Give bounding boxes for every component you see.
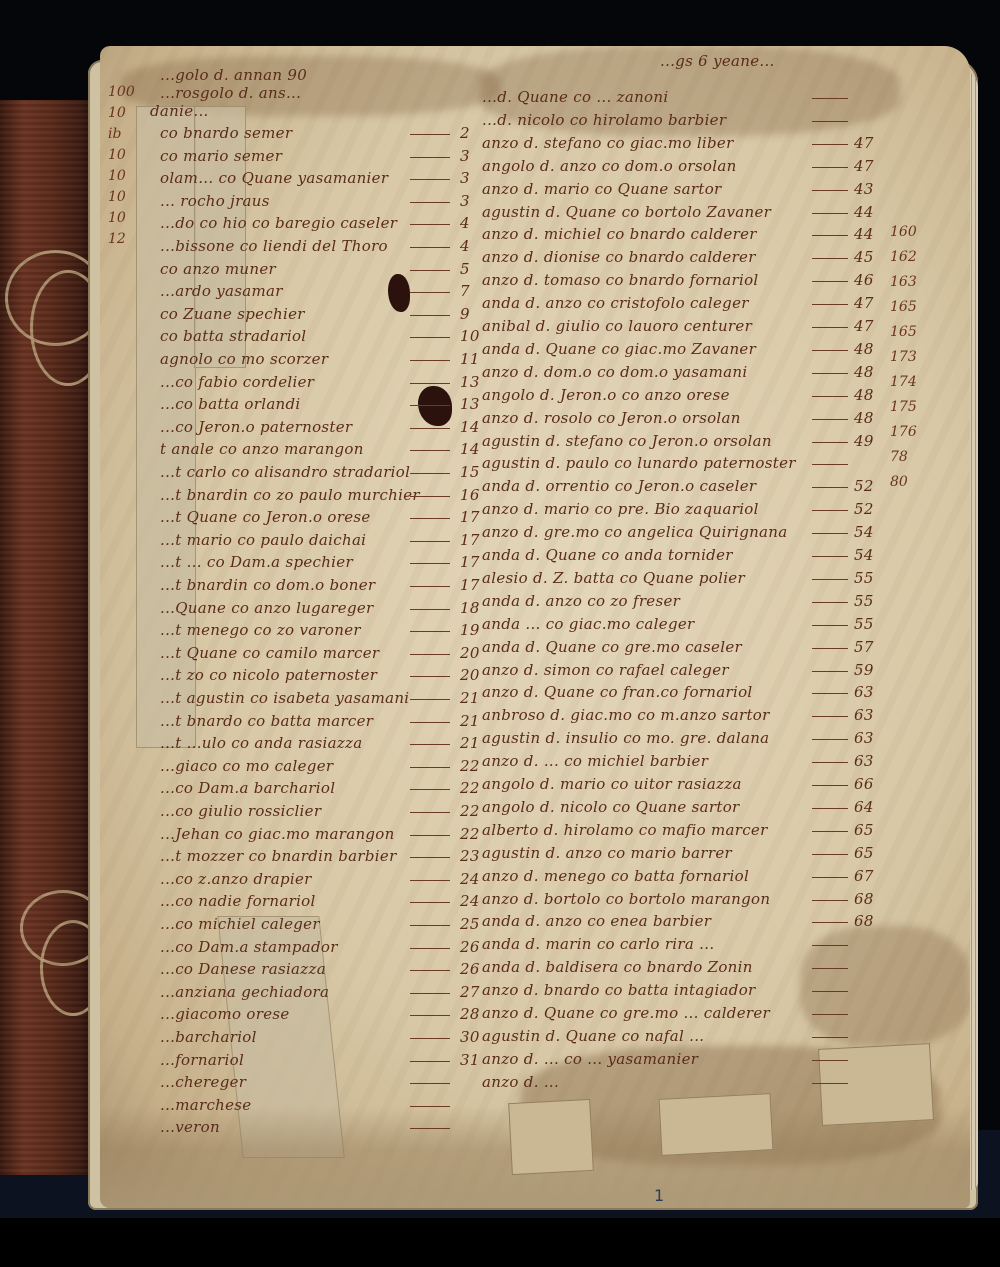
- entry-number: 67: [854, 867, 874, 885]
- entry-number: 63: [854, 752, 874, 770]
- entry-text: anda d. Quane co gre.mo caseler: [482, 638, 742, 656]
- ledger-entry: agustin d. insulio co mo. gre. dalana63: [482, 729, 769, 747]
- ledger-entry: ...t ...ulo co anda rasiazza21: [160, 734, 362, 752]
- entry-number: 44: [854, 203, 874, 221]
- entry-leader-line: [410, 518, 450, 519]
- ledger-entry: anbroso d. giac.mo co m.anzo sartor63: [482, 706, 770, 724]
- entry-number: 48: [854, 363, 874, 381]
- entry-text: anzo d. rosolo co Jeron.o orsolan: [482, 409, 741, 427]
- ledger-entry: t anale co anzo marangon14: [160, 440, 364, 458]
- entry-number: 7: [460, 282, 470, 300]
- entry-leader-line: [410, 292, 450, 293]
- margin-number: 173: [890, 349, 917, 365]
- entry-leader-line: [812, 716, 848, 717]
- entry-leader-line: [410, 857, 450, 858]
- entry-text: ...co giulio rossiclier: [160, 802, 321, 820]
- entry-leader-line: [410, 473, 450, 474]
- entry-leader-line: [812, 671, 848, 672]
- ledger-entry: olam... co Quane yasamanier3: [160, 169, 388, 187]
- ledger-entry: anzo d. michiel co bnardo calderer44: [482, 225, 757, 243]
- ledger-entry: anzo d. rosolo co Jeron.o orsolan48: [482, 409, 741, 427]
- ledger-entry: ...t bnardo co batta marcer21: [160, 712, 373, 730]
- manuscript-page: ...golo d. annan 90 ...rosgolo d. ans...…: [100, 46, 970, 1208]
- ledger-entry: anzo d. Quane co fran.co fornariol63: [482, 683, 753, 701]
- entry-text: co batta stradariol: [160, 327, 306, 345]
- torn-fragment: [508, 1099, 594, 1175]
- ledger-entry: ...co z.anzo drapier24: [160, 870, 312, 888]
- entry-number: 30: [460, 1028, 480, 1046]
- entry-number: 26: [460, 938, 480, 956]
- ledger-entry: ...d. Quane co ... zanoni: [482, 88, 668, 106]
- entry-number: 65: [854, 821, 874, 839]
- entry-text: anda d. anzo co enea barbier: [482, 912, 711, 930]
- ledger-entry: ...t bnardin co zo paulo murchier16: [160, 486, 420, 504]
- entry-text: ...d. Quane co ... zanoni: [482, 88, 668, 106]
- entry-leader-line: [410, 835, 450, 836]
- entry-text: co anzo muner: [160, 260, 276, 278]
- entry-number: 22: [460, 779, 480, 797]
- entry-number: 63: [854, 729, 874, 747]
- entry-leader-line: [812, 579, 848, 580]
- ledger-entry: ...t mozzer co bnardin barbier23: [160, 847, 397, 865]
- entry-text: ...barchariol: [160, 1028, 257, 1046]
- entry-text: co Zuane spechier: [160, 305, 305, 323]
- entry-number: 18: [460, 599, 480, 617]
- ledger-entry: anzo d. dionise co bnardo calderer45: [482, 248, 756, 266]
- entry-text: anda d. Quane co giac.mo Zavaner: [482, 340, 756, 358]
- entry-leader-line: [410, 812, 450, 813]
- entry-number: 23: [460, 847, 480, 865]
- margin-number: 175: [890, 399, 917, 415]
- entry-number: 3: [460, 192, 470, 210]
- entry-leader-line: [812, 213, 848, 214]
- ledger-entry: anda d. orrentio co Jeron.o caseler52: [482, 477, 756, 495]
- entry-text: ...co Dam.a stampador: [160, 938, 338, 956]
- margin-number: 10: [108, 210, 126, 226]
- entry-text: anzo d. ...: [482, 1073, 559, 1091]
- entry-leader-line: [812, 1060, 848, 1061]
- fragment-line: ...rosgolo d. ans...: [160, 84, 301, 102]
- entry-number: 54: [854, 546, 874, 564]
- entry-number: 17: [460, 553, 480, 571]
- entry-text: ...giacomo orese: [160, 1005, 290, 1023]
- entry-leader-line: [812, 648, 848, 649]
- ledger-entry: ...anziana gechiadora27: [160, 983, 329, 1001]
- entry-text: anibal d. giulio co lauoro centurer: [482, 317, 752, 335]
- entry-number: 47: [854, 317, 874, 335]
- entry-leader-line: [812, 1037, 848, 1038]
- entry-text: angolo d. nicolo co Quane sartor: [482, 798, 740, 816]
- entry-leader-line: [410, 993, 450, 994]
- entry-leader-line: [812, 1083, 848, 1084]
- entry-leader-line: [410, 1128, 450, 1129]
- entry-text: alesio d. Z. batta co Quane polier: [482, 569, 745, 587]
- entry-number: 46: [854, 271, 874, 289]
- entry-leader-line: [410, 450, 450, 451]
- entry-leader-line: [410, 880, 450, 881]
- entry-text: anda d. orrentio co Jeron.o caseler: [482, 477, 756, 495]
- margin-number: 163: [890, 274, 917, 290]
- entry-number: 15: [460, 463, 480, 481]
- entry-number: 22: [460, 757, 480, 775]
- entry-text: anzo d. michiel co bnardo calderer: [482, 225, 757, 243]
- entry-text: ...anziana gechiadora: [160, 983, 329, 1001]
- ledger-entry: agustin d. Quane co bortolo Zavaner44: [482, 203, 771, 221]
- entry-leader-line: [812, 785, 848, 786]
- entry-number: 26: [460, 960, 480, 978]
- entry-leader-line: [812, 419, 848, 420]
- entry-text: co bnardo semer: [160, 124, 292, 142]
- entry-leader-line: [410, 563, 450, 564]
- ledger-entry: agustin d. stefano co Jeron.o orsolan49: [482, 432, 772, 450]
- entry-text: anzo d. menego co batta fornariol: [482, 867, 749, 885]
- entry-number: 13: [460, 395, 480, 413]
- entry-text: anzo d. Quane co gre.mo ... calderer: [482, 1004, 770, 1022]
- entry-text: ...t zo co nicolo paternoster: [160, 666, 377, 684]
- margin-number: 162: [890, 249, 917, 265]
- entry-text: anzo d. bnardo co batta intagiador: [482, 981, 756, 999]
- margin-number: 78: [890, 449, 908, 465]
- ledger-entry: anda d. Quane co anda tornider54: [482, 546, 733, 564]
- entry-text: ...co Danese rasiazza: [160, 960, 326, 978]
- entry-text: angolo d. anzo co dom.o orsolan: [482, 157, 737, 175]
- margin-number: 174: [890, 374, 917, 390]
- entry-text: ...chereger: [160, 1073, 246, 1091]
- entry-text: anda d. marin co carlo rira ...: [482, 935, 714, 953]
- entry-number: 24: [460, 870, 480, 888]
- entry-text: ...t agustin co isabeta yasamani: [160, 689, 409, 707]
- margin-number: 10: [108, 105, 126, 121]
- ledger-entry: agustin d. Quane co nafal ...: [482, 1027, 704, 1045]
- entry-leader-line: [410, 1106, 450, 1107]
- entry-leader-line: [812, 808, 848, 809]
- entry-leader-line: [812, 533, 848, 534]
- entry-leader-line: [812, 945, 848, 946]
- entry-number: 59: [854, 661, 874, 679]
- ledger-entry: angolo d. mario co uitor rasiazza66: [482, 775, 742, 793]
- entry-number: 3: [460, 147, 470, 165]
- entry-leader-line: [812, 327, 848, 328]
- entry-text: ...marchese: [160, 1096, 251, 1114]
- entry-text: anzo d. dom.o co dom.o yasamani: [482, 363, 747, 381]
- ledger-entry: ...fornariol31: [160, 1051, 244, 1069]
- entry-leader-line: [410, 925, 450, 926]
- ledger-entry: alesio d. Z. batta co Quane polier55: [482, 569, 745, 587]
- entry-text: ...co Jeron.o paternoster: [160, 418, 352, 436]
- entry-leader-line: [812, 510, 848, 511]
- entry-text: ...ardo yasamar: [160, 282, 283, 300]
- entry-leader-line: [812, 602, 848, 603]
- entry-text: ...veron: [160, 1118, 220, 1136]
- entry-leader-line: [410, 270, 450, 271]
- entry-number: 21: [460, 712, 480, 730]
- ledger-entry: anda d. baldisera co bnardo Zonin: [482, 958, 753, 976]
- entry-number: 17: [460, 531, 480, 549]
- entry-number: 66: [854, 775, 874, 793]
- entry-text: anzo d. ... co michiel barbier: [482, 752, 708, 770]
- entry-text: ...d. nicolo co hirolamo barbier: [482, 111, 726, 129]
- ledger-entry: ...t mario co paulo daichai17: [160, 531, 366, 549]
- ledger-entry: ...Quane co anzo lugareger18: [160, 599, 374, 617]
- entry-text: ...t mario co paulo daichai: [160, 531, 366, 549]
- entry-leader-line: [812, 556, 848, 557]
- entry-leader-line: [410, 405, 450, 406]
- ledger-entry: anzo d. stefano co giac.mo liber47: [482, 134, 734, 152]
- leather-binding: [0, 100, 95, 1175]
- entry-text: angolo d. mario co uitor rasiazza: [482, 775, 742, 793]
- entry-text: anzo d. Quane co fran.co fornariol: [482, 683, 753, 701]
- entry-leader-line: [410, 383, 450, 384]
- ledger-entry: alberto d. hirolamo co mafio marcer65: [482, 821, 768, 839]
- entry-leader-line: [410, 315, 450, 316]
- entry-number: 3: [460, 169, 470, 187]
- margin-number: 10: [108, 189, 126, 205]
- entry-text: ...t Quane co Jeron.o orese: [160, 508, 371, 526]
- ledger-entry: ...t Quane co Jeron.o orese17: [160, 508, 371, 526]
- entry-text: ...co Dam.a barchariol: [160, 779, 335, 797]
- entry-leader-line: [410, 586, 450, 587]
- entry-leader-line: [812, 693, 848, 694]
- entry-leader-line: [410, 609, 450, 610]
- fragment-line: ...gs 6 yeane...: [660, 52, 775, 70]
- entry-leader-line: [410, 247, 450, 248]
- margin-number: 10: [108, 147, 126, 163]
- ledger-entry: ...t Quane co camilo marcer20: [160, 644, 379, 662]
- ledger-entry: anzo d. mario co pre. Bio zaquariol52: [482, 500, 759, 518]
- entry-text: anzo d. dionise co bnardo calderer: [482, 248, 756, 266]
- entry-number: 24: [460, 892, 480, 910]
- entry-text: anzo d. mario co pre. Bio zaquariol: [482, 500, 759, 518]
- entry-text: olam... co Quane yasamanier: [160, 169, 388, 187]
- entry-text: ...do co hio co baregio caseler: [160, 214, 397, 232]
- entry-leader-line: [410, 224, 450, 225]
- ledger-entry: ...co Danese rasiazza26: [160, 960, 326, 978]
- ledger-entry: ...ardo yasamar7: [160, 282, 283, 300]
- entry-number: 55: [854, 569, 874, 587]
- margin-number: 12: [108, 231, 126, 247]
- entry-leader-line: [812, 373, 848, 374]
- entry-number: 20: [460, 666, 480, 684]
- ledger-entry: anda d. Quane co giac.mo Zavaner48: [482, 340, 756, 358]
- margin-number: ib: [108, 126, 121, 142]
- entry-text: ...co z.anzo drapier: [160, 870, 312, 888]
- entry-leader-line: [812, 396, 848, 397]
- entry-number: 48: [854, 340, 874, 358]
- margin-number: 80: [890, 474, 908, 490]
- entry-text: ...t carlo co alisandro stradariol: [160, 463, 410, 481]
- entry-leader-line: [812, 464, 848, 465]
- entry-leader-line: [410, 789, 450, 790]
- entry-number: 4: [460, 237, 470, 255]
- ledger-entry: ...co fabio cordelier13: [160, 373, 314, 391]
- entry-text: agustin d. stefano co Jeron.o orsolan: [482, 432, 772, 450]
- entry-text: anbroso d. giac.mo co m.anzo sartor: [482, 706, 770, 724]
- entry-number: 14: [460, 418, 480, 436]
- entry-text: anzo d. ... co ... yasamanier: [482, 1050, 698, 1068]
- entry-number: 4: [460, 214, 470, 232]
- entry-leader-line: [410, 722, 450, 723]
- entry-text: ...co nadie fornariol: [160, 892, 316, 910]
- entry-number: 21: [460, 689, 480, 707]
- entry-leader-line: [410, 360, 450, 361]
- entry-leader-line: [410, 337, 450, 338]
- entry-text: agnolo co mo scorzer: [160, 350, 328, 368]
- entry-number: 2: [460, 124, 470, 142]
- backdrop-black-bar: [0, 1218, 1000, 1267]
- ledger-entry: ...co michiel caleger25: [160, 915, 320, 933]
- entry-leader-line: [812, 762, 848, 763]
- entry-leader-line: [812, 190, 848, 191]
- entry-text: co mario semer: [160, 147, 282, 165]
- fragment-line: ...golo d. annan 90: [160, 66, 307, 84]
- entry-text: anda d. Quane co anda tornider: [482, 546, 733, 564]
- folio-number: 1: [654, 1186, 664, 1205]
- entry-leader-line: [410, 744, 450, 745]
- entry-text: ...t ...ulo co anda rasiazza: [160, 734, 362, 752]
- entry-leader-line: [812, 831, 848, 832]
- entry-leader-line: [812, 854, 848, 855]
- entry-number: 47: [854, 134, 874, 152]
- ledger-entry: co bnardo semer2: [160, 124, 292, 142]
- entry-number: 65: [854, 844, 874, 862]
- ledger-entry: anzo d. menego co batta fornariol67: [482, 867, 749, 885]
- entry-text: ...t mozzer co bnardin barbier: [160, 847, 397, 865]
- entry-leader-line: [410, 902, 450, 903]
- entry-leader-line: [410, 1015, 450, 1016]
- entry-leader-line: [812, 281, 848, 282]
- entry-leader-line: [410, 179, 450, 180]
- ledger-entry: angolo d. Jeron.o co anzo orese48: [482, 386, 730, 404]
- entry-number: 11: [460, 350, 480, 368]
- entry-number: 16: [460, 486, 480, 504]
- entry-number: 19: [460, 621, 480, 639]
- ledger-entry: ...t menego co zo varoner19: [160, 621, 361, 639]
- right-margin-numbers: 1601621631651651731741751767880: [890, 224, 930, 524]
- ledger-entry: anibal d. giulio co lauoro centurer47: [482, 317, 752, 335]
- margin-number: 100: [108, 84, 135, 100]
- ledger-entry: ...giaco co mo caleger22: [160, 757, 333, 775]
- entry-text: ...t ... co Dam.a spechier: [160, 553, 353, 571]
- entry-text: ...t bnardin co zo paulo murchier: [160, 486, 420, 504]
- entry-number: 44: [854, 225, 874, 243]
- entry-number: 48: [854, 386, 874, 404]
- entry-number: 25: [460, 915, 480, 933]
- entry-leader-line: [410, 767, 450, 768]
- ledger-entry: anzo d. ... co ... yasamanier: [482, 1050, 698, 1068]
- ledger-entry: ...co Jeron.o paternoster14: [160, 418, 352, 436]
- entry-number: 17: [460, 576, 480, 594]
- entry-number: 63: [854, 706, 874, 724]
- entry-text: anda d. anzo co cristofolo caleger: [482, 294, 749, 312]
- entry-text: ...t bnardin co dom.o boner: [160, 576, 375, 594]
- entry-number: 49: [854, 432, 874, 450]
- ledger-entry: ...t carlo co alisandro stradariol15: [160, 463, 410, 481]
- entry-leader-line: [812, 144, 848, 145]
- entry-text: anzo d. gre.mo co angelica Quirignana: [482, 523, 788, 541]
- entry-number: 9: [460, 305, 470, 323]
- ledger-entry: anzo d. tomaso co bnardo fornariol46: [482, 271, 759, 289]
- ledger-entry: anda d. anzo co enea barbier68: [482, 912, 711, 930]
- ledger-entry: ...marchese: [160, 1096, 251, 1114]
- ledger-entry: co batta stradariol10: [160, 327, 306, 345]
- ledger-entry: anzo d. ...: [482, 1073, 559, 1091]
- ledger-entry: agustin d. paulo co lunardo paternoster: [482, 454, 796, 472]
- ledger-entry: ...d. nicolo co hirolamo barbier: [482, 111, 726, 129]
- ledger-entry: co Zuane spechier9: [160, 305, 305, 323]
- entry-leader-line: [812, 922, 848, 923]
- ledger-entry: ...co batta orlandi13: [160, 395, 301, 413]
- entry-number: 68: [854, 912, 874, 930]
- margin-number: 160: [890, 224, 917, 240]
- ledger-entry: anda d. marin co carlo rira ...: [482, 935, 714, 953]
- entry-text: anda d. baldisera co bnardo Zonin: [482, 958, 753, 976]
- entry-text: angolo d. Jeron.o co anzo orese: [482, 386, 730, 404]
- entry-text: anzo d. bortolo co bortolo marangon: [482, 890, 770, 908]
- ledger-entry: anzo d. dom.o co dom.o yasamani48: [482, 363, 747, 381]
- right-ledger-column: ...d. Quane co ... zanoni...d. nicolo co…: [482, 88, 882, 1108]
- ledger-entry: angolo d. nicolo co Quane sartor64: [482, 798, 740, 816]
- entry-leader-line: [410, 157, 450, 158]
- entry-leader-line: [410, 699, 450, 700]
- ledger-entry: agnolo co mo scorzer11: [160, 350, 328, 368]
- entry-number: 20: [460, 644, 480, 662]
- margin-number: 10: [108, 168, 126, 184]
- entry-leader-line: [812, 235, 848, 236]
- entry-text: t anale co anzo marangon: [160, 440, 364, 458]
- entry-number: 14: [460, 440, 480, 458]
- entry-number: 52: [854, 500, 874, 518]
- ledger-entry: anzo d. Quane co gre.mo ... calderer: [482, 1004, 770, 1022]
- ledger-entry: ...barchariol30: [160, 1028, 257, 1046]
- entry-text: agustin d. paulo co lunardo paternoster: [482, 454, 796, 472]
- entry-text: ...t Quane co camilo marcer: [160, 644, 379, 662]
- entry-number: 45: [854, 248, 874, 266]
- entry-text: ...giaco co mo caleger: [160, 757, 333, 775]
- entry-number: 21: [460, 734, 480, 752]
- ledger-entry: agustin d. anzo co mario barrer65: [482, 844, 732, 862]
- ledger-entry: anda ... co giac.mo caleger55: [482, 615, 695, 633]
- entry-text: anzo d. tomaso co bnardo fornariol: [482, 271, 759, 289]
- entry-number: 57: [854, 638, 874, 656]
- entry-leader-line: [812, 442, 848, 443]
- entry-text: ...co fabio cordelier: [160, 373, 314, 391]
- entry-text: agustin d. Quane co bortolo Zavaner: [482, 203, 771, 221]
- entry-number: 43: [854, 180, 874, 198]
- ledger-entry: ...Jehan co giac.mo marangon22: [160, 825, 395, 843]
- ledger-entry: ...co nadie fornariol24: [160, 892, 316, 910]
- ledger-entry: anda d. anzo co zo freser55: [482, 592, 680, 610]
- entry-text: ...co michiel caleger: [160, 915, 320, 933]
- ledger-entry: anzo d. simon co rafael caleger59: [482, 661, 729, 679]
- entry-number: 27: [460, 983, 480, 1001]
- entry-text: ...Quane co anzo lugareger: [160, 599, 374, 617]
- ledger-entry: ...chereger: [160, 1073, 246, 1091]
- margin-number: 165: [890, 299, 917, 315]
- entry-leader-line: [410, 1083, 450, 1084]
- entry-number: 22: [460, 802, 480, 820]
- entry-leader-line: [812, 625, 848, 626]
- ledger-entry: co mario semer3: [160, 147, 282, 165]
- entry-leader-line: [410, 948, 450, 949]
- entry-number: 55: [854, 615, 874, 633]
- entry-number: 10: [460, 327, 480, 345]
- ledger-entry: ...t zo co nicolo paternoster20: [160, 666, 377, 684]
- entry-text: anzo d. stefano co giac.mo liber: [482, 134, 734, 152]
- ledger-entry: ...do co hio co baregio caseler4: [160, 214, 397, 232]
- entry-leader-line: [410, 202, 450, 203]
- entry-leader-line: [410, 496, 450, 497]
- entry-number: 22: [460, 825, 480, 843]
